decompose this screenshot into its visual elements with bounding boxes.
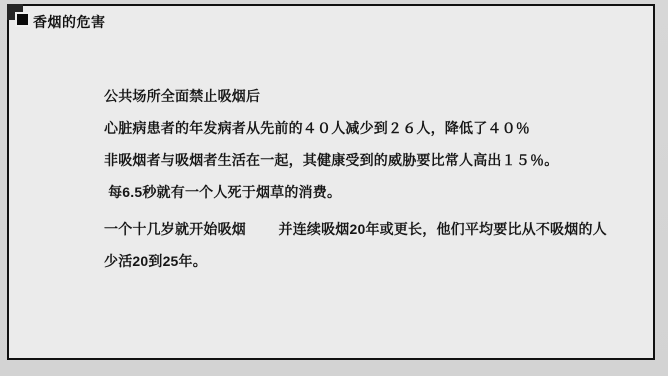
- body-line: 心脏病患者的年发病者从先前的４０人减少到２６人，降低了４０％: [104, 112, 624, 144]
- body-line: 非吸烟者与吸烟者生活在一起，其健康受到的威胁要比常人高出１５％。: [104, 144, 624, 176]
- slide-canvas: 香烟的危害 公共场所全面禁止吸烟后 心脏病患者的年发病者从先前的４０人减少到２６…: [0, 0, 668, 376]
- slide-title: 香烟的危害: [33, 12, 106, 32]
- overlapping-squares-icon: [7, 4, 35, 32]
- body-line: 少活20到25年。: [104, 245, 624, 277]
- body-line: 每6.5秒就有一个人死于烟草的消费。: [104, 176, 624, 208]
- slide: 香烟的危害 公共场所全面禁止吸烟后 心脏病患者的年发病者从先前的４０人减少到２６…: [7, 4, 655, 360]
- logo-square-small: [15, 12, 30, 27]
- body-line: 一个十几岁就开始吸烟 并连续吸烟20年或更长，他们平均要比从不吸烟的人: [104, 213, 624, 245]
- slide-body: 公共场所全面禁止吸烟后 心脏病患者的年发病者从先前的４０人减少到２６人，降低了４…: [104, 80, 624, 277]
- body-line: 公共场所全面禁止吸烟后: [104, 80, 624, 112]
